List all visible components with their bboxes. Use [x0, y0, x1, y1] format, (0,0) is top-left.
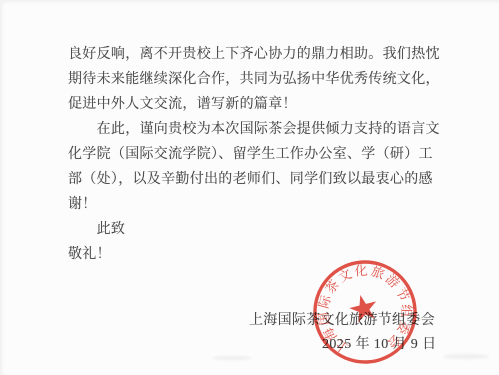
- official-seal: 上海国际茶文化旅游节组委会: [306, 253, 423, 370]
- scan-smudge: [212, 356, 252, 360]
- closing-cizhi: 此致: [68, 217, 444, 242]
- letter-page: 良好反响，离不开贵校上下齐心协力的鼎力相助。我们热忱 期待未来能继续深化合作，共…: [0, 0, 499, 375]
- body-line-7: 谢！: [68, 192, 444, 217]
- body-line-5: 化学院（国际交流学院）、留学生工作办公室、学（研）工: [68, 142, 444, 167]
- body-line-2: 期待未来能继续深化合作，共同为弘扬中华优秀传统文化，: [68, 67, 444, 92]
- body-line-4: 在此，谨向贵校为本次国际茶会提供倾力支持的语言文: [68, 117, 444, 142]
- scan-smudge: [443, 354, 489, 359]
- body-line-3: 促进中外人文交流，谱写新的篇章！: [68, 92, 444, 117]
- body-line-6: 部（处），以及辛勤付出的老师们、同学们致以最衷心的感: [68, 167, 444, 192]
- red-star-icon: [348, 294, 377, 323]
- body-line-1: 良好反响，离不开贵校上下齐心协力的鼎力相助。我们热忱: [68, 42, 444, 67]
- letter-body: 良好反响，离不开贵校上下齐心协力的鼎力相助。我们热忱 期待未来能继续深化合作，共…: [68, 42, 444, 267]
